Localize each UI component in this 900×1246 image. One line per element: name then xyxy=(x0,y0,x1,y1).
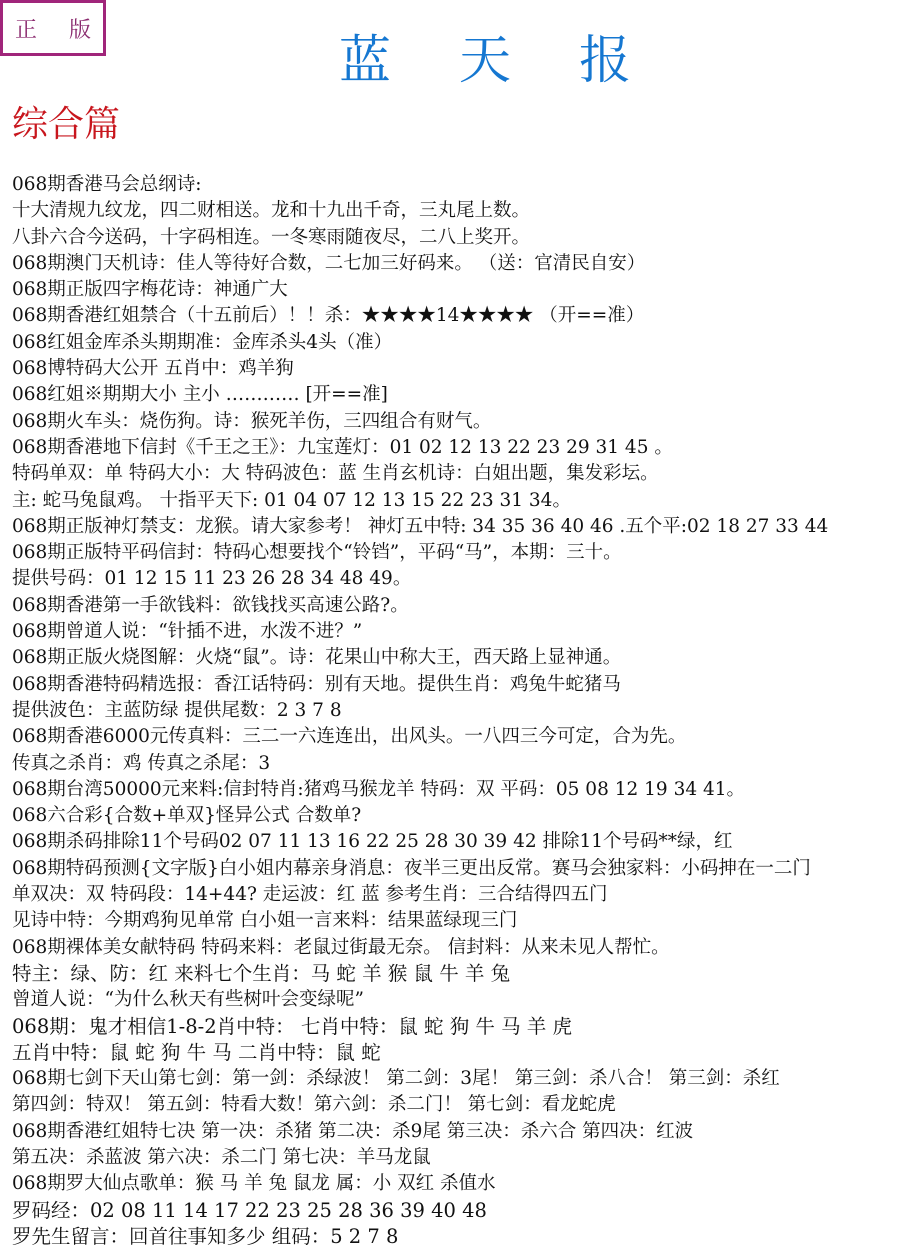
text-line: 068红姐※期期大小 主小 ………… [开==准] xyxy=(12,382,900,408)
text-line: 068期正版神灯禁支：龙猴。请大家参考！ 神灯五中特: 34 35 36 40 … xyxy=(12,514,900,540)
text-line: 068期正版火烧图解：火烧“鼠”。诗：花果山中称大王，西天路上显神通。 xyxy=(12,645,900,671)
text-line: 曾道人说：“为什么秋天有些树叶会变绿呢” xyxy=(12,987,900,1013)
text-line: 提供号码：01 12 15 11 23 26 28 34 48 49。 xyxy=(12,566,900,592)
text-line: 特主：绿、防：红 来料七个生肖：马 蛇 羊 猴 鼠 牛 羊 兔 xyxy=(12,961,900,987)
text-line: 第五决：杀蓝波 第六决：杀二门 第七决：羊马龙鼠 xyxy=(12,1145,900,1171)
text-line: 068期香港马会总纲诗: xyxy=(12,172,900,198)
title-char-2: 天 xyxy=(425,18,545,93)
text-line: 068期七剑下天山第七剑：第一剑：杀绿波！ 第二剑：3尾！ 第三剑：杀八合！ 第… xyxy=(12,1066,900,1092)
text-line: 传真之杀肖：鸡 传真之杀尾：3 xyxy=(12,751,900,777)
text-line: 068期正版四字梅花诗：神通广大 xyxy=(12,277,900,303)
text-line: 068期罗大仙点歌单：猴 马 羊 兔 鼠龙 属：小 双红 杀值水 xyxy=(12,1171,900,1197)
text-line: 十大清规九纹龙，四二财相送。龙和十九出千奇，三丸尾上数。 xyxy=(12,198,900,224)
page-title: 蓝 天 报 xyxy=(0,18,900,93)
content-lines: 068期香港马会总纲诗: 十大清规九纹龙，四二财相送。龙和十九出千奇，三丸尾上数… xyxy=(12,172,900,1246)
text-line: 068期裸体美女献特码 特码来料：老鼠过街最无奈。 信封料：从来未见人帮忙。 xyxy=(12,935,900,961)
text-line: 068六合彩{合数+单双}怪异公式 合数单? xyxy=(12,803,900,829)
text-line: 特码单双：单 特码大小：大 特码波色：蓝 生肖玄机诗：白姐出题，集发彩坛。 xyxy=(12,461,900,487)
text-line: 068期：鬼才相信1-8-2肖中特： 七肖中特：鼠 蛇 狗 牛 马 羊 虎 xyxy=(12,1014,900,1040)
text-line: 068期香港第一手欲钱料：欲钱找买高速公路?。 xyxy=(12,593,900,619)
text-line: 068期特码预测{文字版}白小姐内幕亲身消息：夜半三更出反常。赛马会独家料：小码… xyxy=(12,856,900,882)
text-line: 068期曾道人说：“针插不进，水泼不进？” xyxy=(12,619,900,645)
text-line: 八卦六合今送码，十字码相连。一冬寒雨随夜尽，二八上奖开。 xyxy=(12,225,900,251)
text-line: 五肖中特：鼠 蛇 狗 牛 马 二肖中特：鼠 蛇 xyxy=(12,1040,900,1066)
text-line: 068期香港红姐特七决 第一决：杀猪 第二决：杀9尾 第三决：杀六合 第四决：红… xyxy=(12,1119,900,1145)
text-line: 主: 蛇马兔鼠鸡。 十指平天下: 01 04 07 12 13 15 22 23… xyxy=(12,488,900,514)
text-line: 单双决：双 特码段：14+44? 走运波：红 蓝 参考生肖：三合结得四五门 xyxy=(12,882,900,908)
title-char-3: 报 xyxy=(545,18,665,93)
text-line: 068期香港红姐禁合（十五前后）！！杀：★★★★14★★★★ （开==准） xyxy=(12,303,900,329)
text-line: 提供波色：主蓝防绿 提供尾数：2 3 7 8 xyxy=(12,698,900,724)
text-line: 068期香港6000元传真料：三二一六连连出，出风头。一八四三今可定，合为先。 xyxy=(12,724,900,750)
title-char-1: 蓝 xyxy=(305,18,425,93)
text-line: 068期火车头：烧伤狗。诗：猴死羊伤，三四组合有财气。 xyxy=(12,409,900,435)
text-line: 068期杀码排除11个号码02 07 11 13 16 22 25 28 30 … xyxy=(12,829,900,855)
section-title: 综合篇 xyxy=(12,96,120,147)
text-line: 068博特码大公开 五肖中：鸡羊狗 xyxy=(12,356,900,382)
text-line: 068期香港特码精选报：香江话特码：别有天地。提供生肖：鸡兔牛蛇猪马 xyxy=(12,672,900,698)
text-line: 068期澳门天机诗：佳人等待好合数，二七加三好码来。 （送：官清民自安） xyxy=(12,251,900,277)
text-line: 罗先生留言：回首往事知多少 组码：5 2 7 8 xyxy=(12,1224,900,1246)
text-line: 第四剑：特双！ 第五剑：特看大数！第六剑：杀二门！ 第七剑：看龙蛇虎 xyxy=(12,1092,900,1118)
text-line: 068红姐金库杀头期期准：金库杀头4头（准） xyxy=(12,330,900,356)
text-line: 见诗中特：今期鸡狗见单常 白小姐一言来料：结果蓝绿现三门 xyxy=(12,908,900,934)
text-line: 罗码经：02 08 11 14 17 22 23 25 28 36 39 40 … xyxy=(12,1198,900,1224)
text-line: 068期正版特平码信封：特码心想要找个“铃铛”，平码“马”，本期：三十。 xyxy=(12,540,900,566)
text-line: 068期台湾50000元来料:信封特肖:猪鸡马猴龙羊 特码：双 平码：05 08… xyxy=(12,777,900,803)
text-line: 068期香港地下信封《千王之王》：九宝莲灯：01 02 12 13 22 23 … xyxy=(12,435,900,461)
